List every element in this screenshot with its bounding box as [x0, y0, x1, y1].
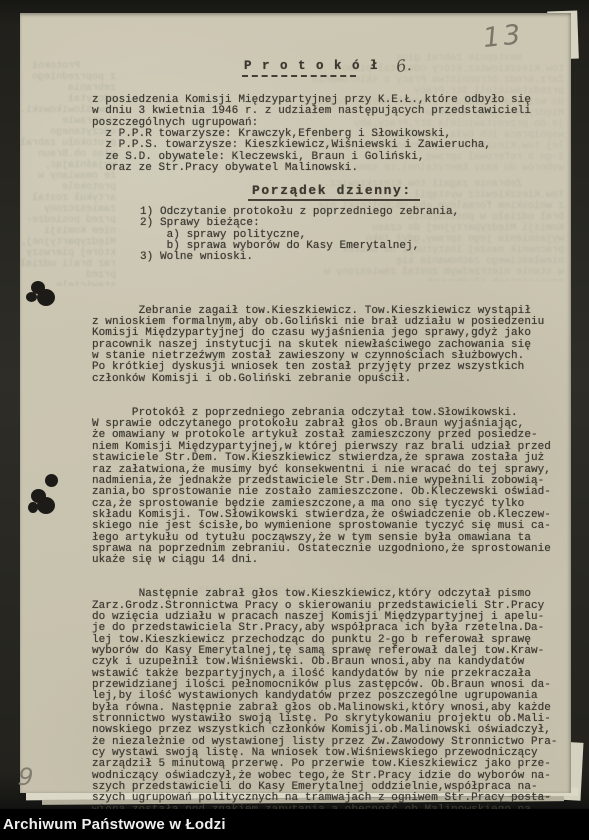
document-title: P r o t o k ó ł [244, 59, 379, 73]
archive-label: Archiwum Państwowe w Łodzi [0, 816, 226, 833]
title-row: P r o t o k ó ł 6. [244, 56, 411, 75]
body-paragraph-1: Zebranie zagaił tow.Kieszkiewicz. Tow.Ki… [92, 306, 576, 385]
handwritten-page-number-top: 13 [481, 19, 524, 54]
handwritten-page-number-bottom: 9 [17, 763, 34, 792]
body-paragraph-2: Protokół z poprzedniego zebrania odczyta… [92, 408, 576, 567]
body-paragraph-3: Następnie zabrał głos tow.Kieszkiewicz,k… [92, 589, 576, 816]
agenda-heading: Porządek dzienny: [248, 183, 420, 201]
agenda-list: 1) Odczytanie protokołu z poprzedniego z… [140, 207, 580, 264]
title-underline [242, 75, 356, 77]
ink-blot [26, 281, 60, 315]
scanned-document-view: Protokół z poprzedniego zebrania odczyta… [0, 0, 589, 840]
archive-footer-bar: Archiwum Państwowe w Łodzi [0, 809, 589, 840]
body-text: Zebranie zagaił tow.Kieszkiewicz. Tow.Ki… [92, 283, 576, 839]
handwritten-protocol-number: 6. [394, 55, 412, 76]
intro-text: z posiedzenia Komisji Międzypartyjnej pr… [92, 95, 576, 174]
document-page: Protokół z poprzedniego zebrania odczyta… [20, 13, 571, 793]
ink-blot [26, 474, 64, 522]
